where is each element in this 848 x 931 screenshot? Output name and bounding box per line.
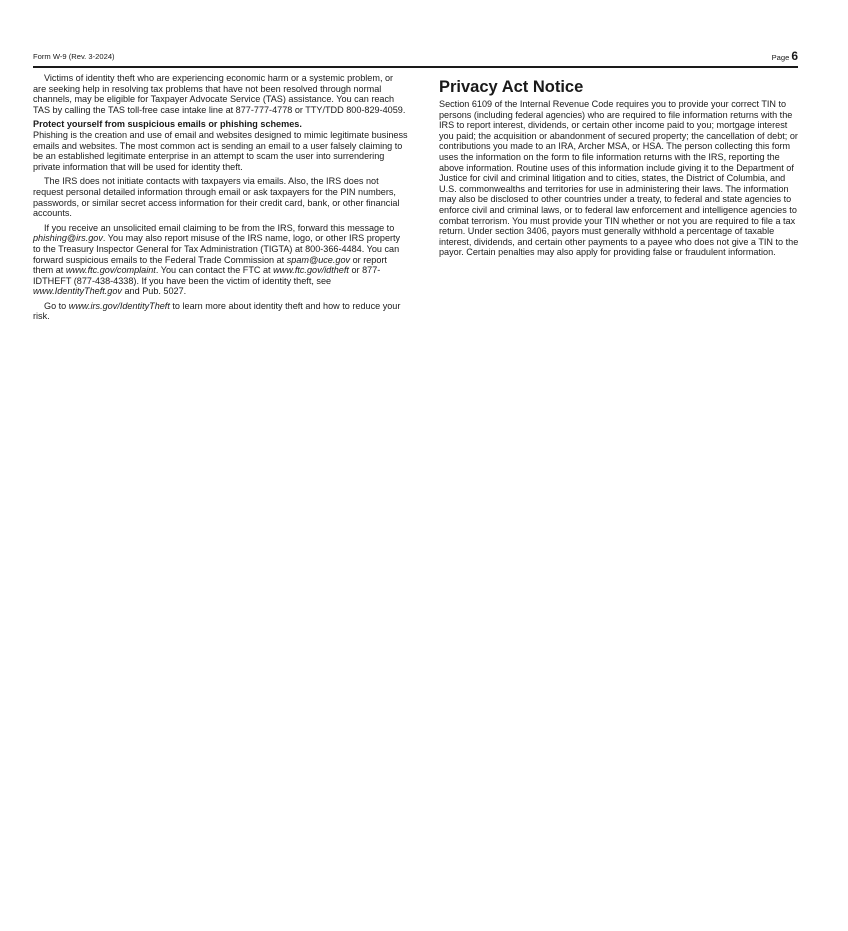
page-header: Form W-9 (Rev. 3-2024) Page6 [33, 49, 798, 65]
ftc-complaint-link[interactable]: www.ftc.gov/complaint [66, 265, 156, 275]
identitytheft-gov-link[interactable]: www.IdentityTheft.gov [33, 286, 122, 296]
form-identifier: Form W-9 (Rev. 3-2024) [33, 52, 115, 61]
phishing-heading: Protect yourself from suspicious emails … [33, 119, 302, 129]
page-label: Page [772, 53, 790, 62]
spam-email-link[interactable]: spam@uce.gov [287, 255, 350, 265]
irs-identitytheft-link[interactable]: www.irs.gov/IdentityTheft [69, 301, 170, 311]
left-column: Victims of identity theft who are experi… [33, 73, 408, 326]
privacy-act-body: Section 6109 of the Internal Revenue Cod… [439, 99, 799, 258]
privacy-act-title: Privacy Act Notice [439, 78, 799, 96]
learn-more-paragraph: Go to www.irs.gov/IdentityTheft to learn… [33, 301, 408, 322]
header-rule [33, 66, 798, 68]
right-column: Privacy Act Notice Section 6109 of the I… [439, 73, 799, 262]
phishing-email-link[interactable]: phishing@irs.gov [33, 233, 103, 243]
text: and Pub. 5027. [122, 286, 186, 296]
irs-contact-paragraph: The IRS does not initiate contacts with … [33, 176, 408, 218]
ftc-idtheft-link[interactable]: www.ftc.gov/idtheft [273, 265, 349, 275]
text: If you receive an unsolicited email clai… [44, 223, 394, 233]
phishing-body: Phishing is the creation and use of emai… [33, 130, 408, 172]
text: Go to [44, 301, 69, 311]
page-number-value: 6 [791, 49, 798, 63]
page-number: Page6 [772, 49, 798, 63]
tas-paragraph: Victims of identity theft who are experi… [33, 73, 408, 115]
phishing-paragraph: Protect yourself from suspicious emails … [33, 119, 408, 172]
text: . You can contact the FTC at [156, 265, 273, 275]
report-paragraph: If you receive an unsolicited email clai… [33, 223, 408, 297]
